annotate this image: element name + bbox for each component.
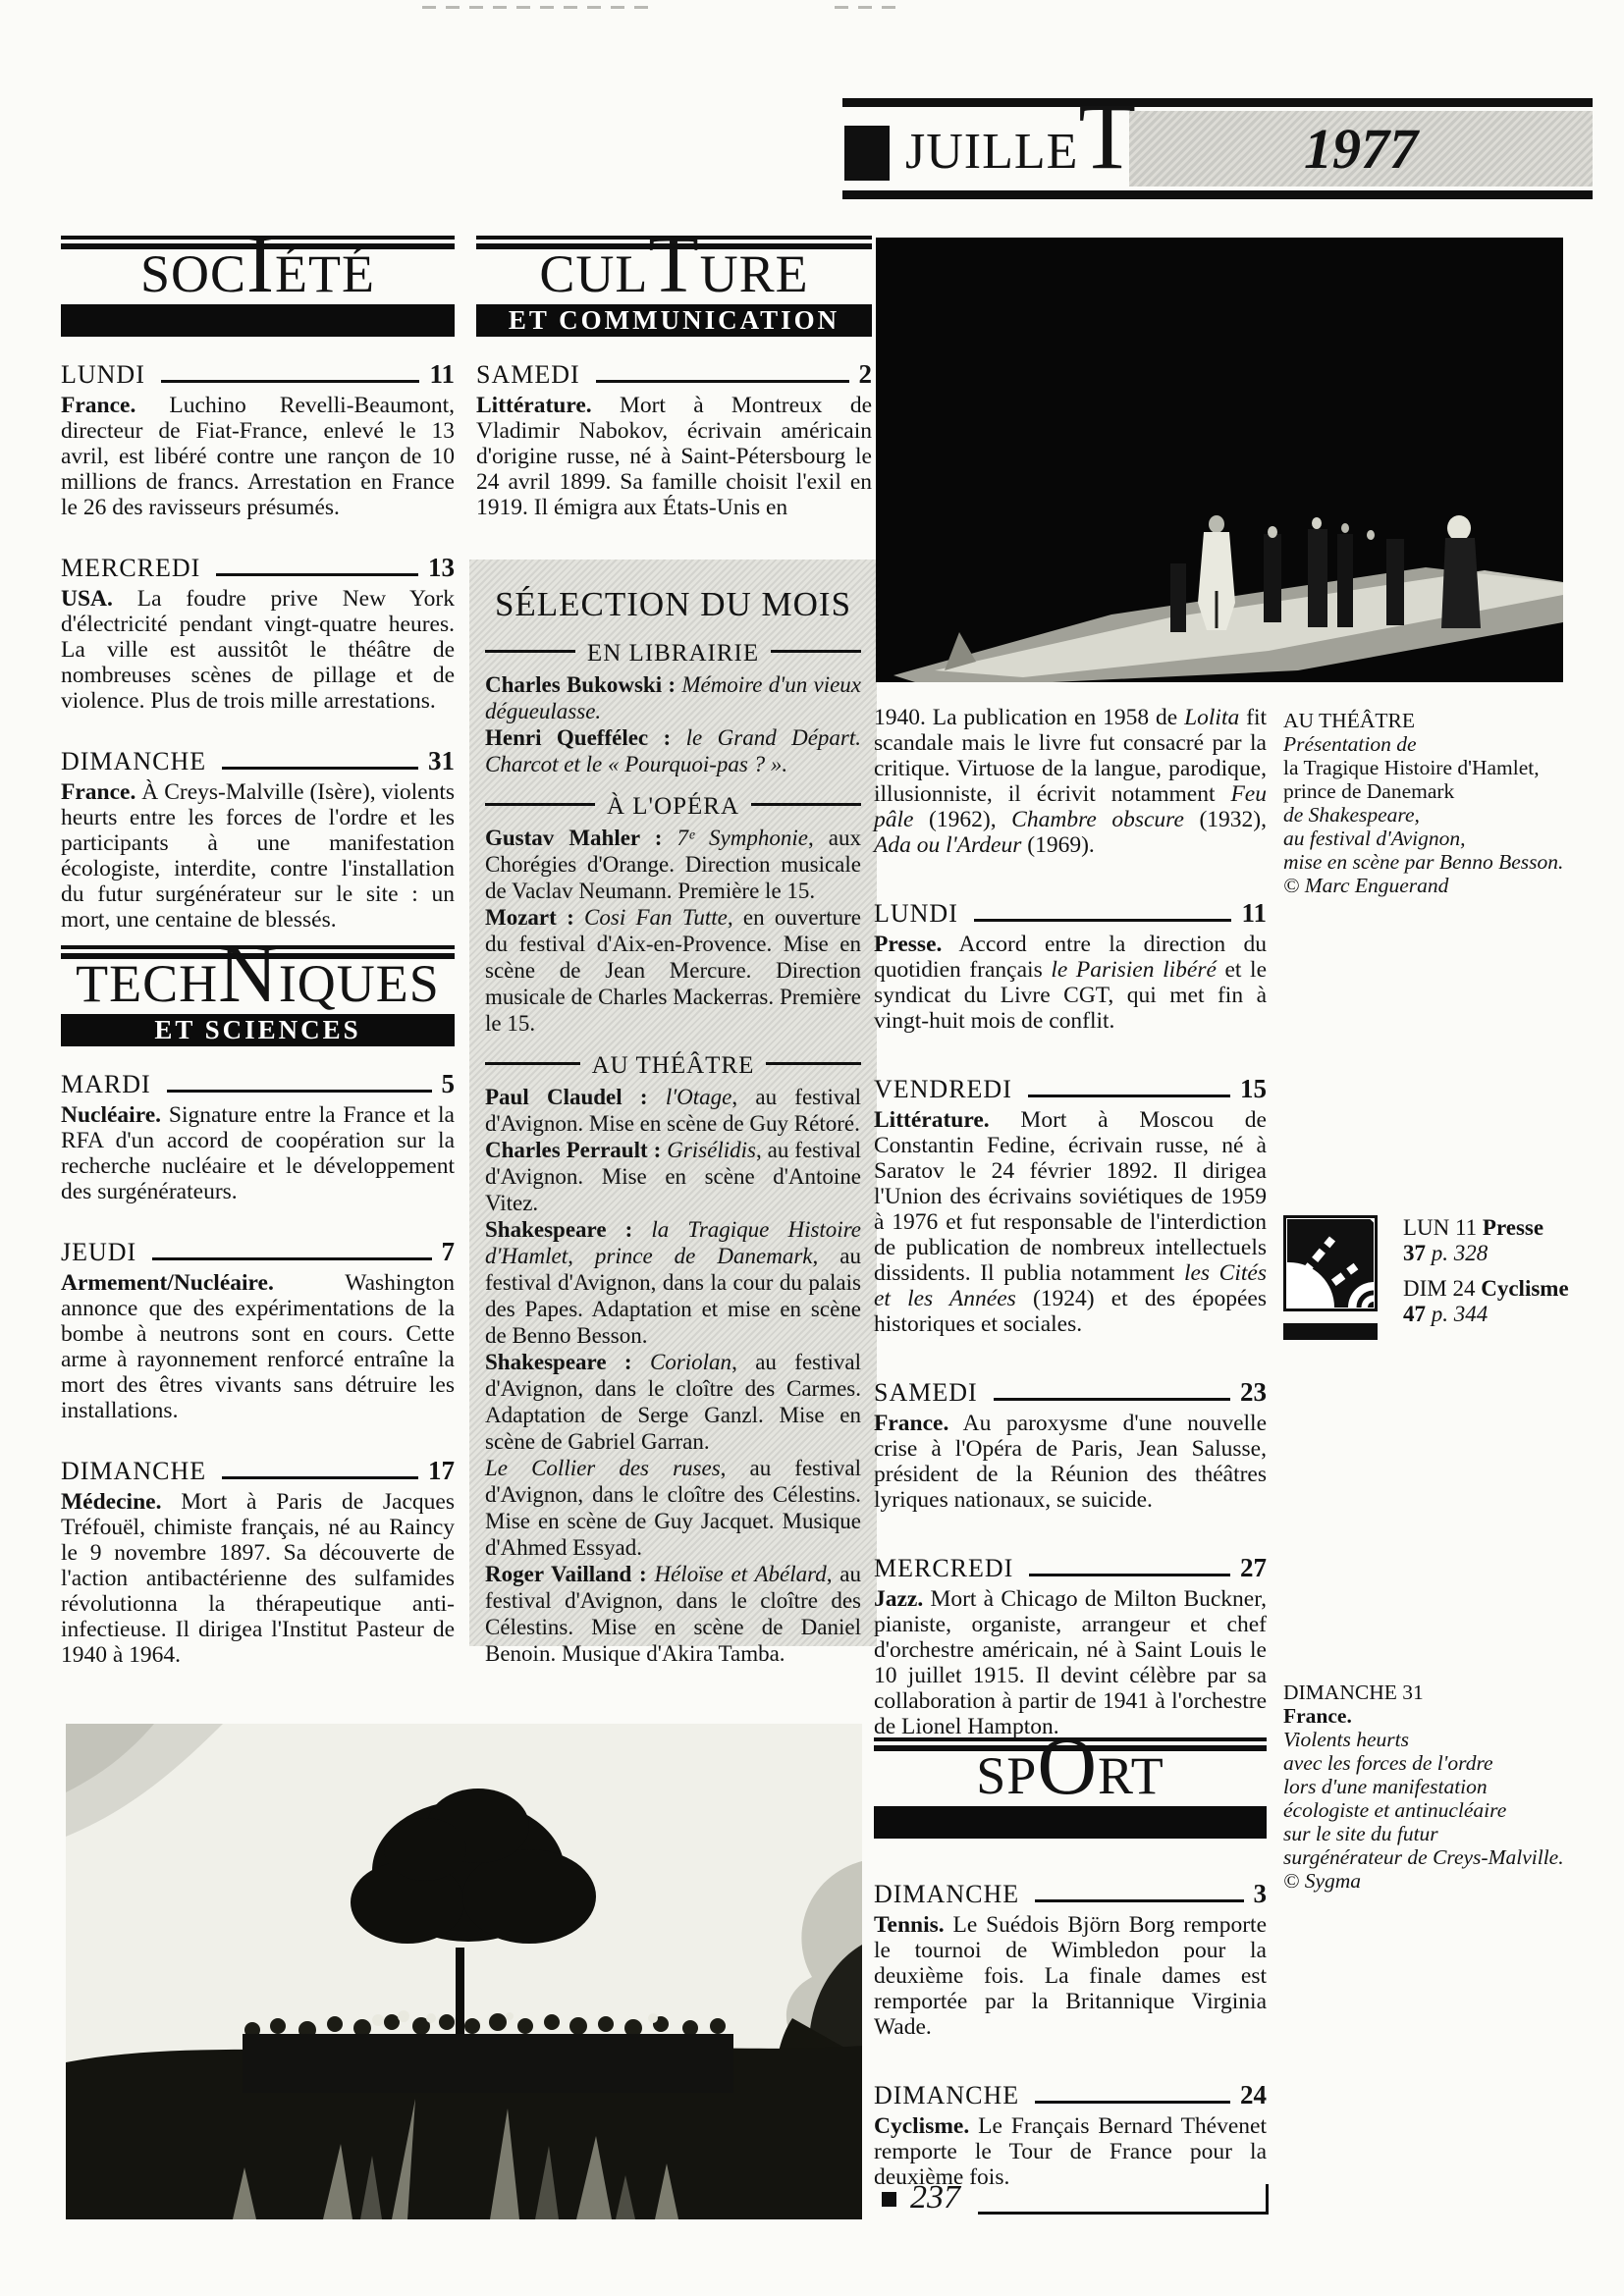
subheading-rule <box>485 1062 580 1065</box>
entry-day: VENDREDI <box>874 1076 1012 1103</box>
entry-day-header: DIMANCHE 17 <box>61 1457 455 1485</box>
entry-day: DIMANCHE <box>61 1458 206 1485</box>
subheading-rule <box>771 650 861 653</box>
entry-sport-dimanche-3: DIMANCHE 3 Tennis. Le Suédois Björn Borg… <box>874 1880 1267 2040</box>
entry-societe-dimanche-31: DIMANCHE 31 France. À Creys-Malville (Is… <box>61 747 455 933</box>
entry-day-header: JEUDI 7 <box>61 1238 455 1266</box>
selection-item: Paul Claudel : l'Otage, au festival d'Av… <box>485 1084 861 1137</box>
entry-day-number: 3 <box>1254 1880 1268 1907</box>
entry-culture-mercredi-27: MERCREDI 27 Jazz. Mort à Chicago de Milt… <box>874 1554 1267 1739</box>
heading-rule-thick <box>61 243 455 249</box>
entry-day: LUNDI <box>874 900 958 928</box>
entry-day: MERCREDI <box>61 555 200 582</box>
footer-square-bullet <box>882 2192 896 2207</box>
heading-rule-thin <box>476 236 872 240</box>
entry-body: Médecine. Mort à Paris de Jacques Tréfou… <box>61 1489 455 1668</box>
entry-body: France. À Creys-Malville (Isère), violen… <box>61 779 455 933</box>
entry-rule <box>152 1257 431 1260</box>
ref-item-presse: LUN 11 Presse 37 p. 328 <box>1403 1215 1593 1266</box>
month-title: JUILLET <box>905 124 1137 181</box>
subheading-rule <box>485 650 575 653</box>
theatre-photo-graphic <box>876 238 1563 682</box>
entry-rule <box>222 1476 418 1479</box>
selection-item: Roger Vailland : Héloïse et Abélard, au … <box>485 1561 861 1667</box>
entry-day-header: SAMEDI 23 <box>874 1378 1267 1407</box>
column-culture: CULTURE ET COMMUNICATION SAMEDI 2 Littér… <box>476 236 872 520</box>
selection-du-mois-box: SÉLECTION DU MOIS EN LIBRAIRIE Charles B… <box>469 560 877 1646</box>
selection-subheading-opera: À L'OPÉRA <box>485 793 861 821</box>
entry-day-number: 17 <box>428 1457 455 1484</box>
entry-body: Nucléaire. Signature entre la France et … <box>61 1102 455 1204</box>
photo-hamlet-avignon-stage <box>876 238 1563 682</box>
selection-item: Charles Bukowski : Mémoire d'un vieux dé… <box>485 671 861 724</box>
entry-day-header: MARDI 5 <box>61 1070 455 1098</box>
photo-caption-creys-malville: DIMANCHE 31France.Violents heurtsavec le… <box>1283 1681 1583 1893</box>
entry-societe-mercredi-13: MERCREDI 13 USA. La foudre prive New Yor… <box>61 554 455 714</box>
entry-day: JEUDI <box>61 1239 136 1266</box>
entry-body: Jazz. Mort à Chicago de Milton Buckner, … <box>874 1586 1267 1739</box>
year-text: 1977 <box>1304 116 1418 182</box>
month-title-text: JUILLE <box>905 124 1078 180</box>
entry-rule <box>167 1090 432 1093</box>
entry-rule <box>216 573 418 576</box>
header-rule-bottom <box>842 190 1593 199</box>
entry-day: LUNDI <box>61 361 145 389</box>
entry-day-number: 23 <box>1240 1378 1267 1406</box>
section-title-techniques: TECHNIQUES <box>61 959 455 1008</box>
entry-day-header: MERCREDI 13 <box>61 554 455 582</box>
entry-day-header: DIMANCHE 31 <box>61 747 455 775</box>
entry-culture-samedi-2: SAMEDI 2 Littérature. Mort à Montreux de… <box>476 360 872 520</box>
entry-techniques-jeudi-7: JEUDI 7 Armement/Nucléaire. Washington a… <box>61 1238 455 1423</box>
section-title-culture: CULTURE <box>476 249 872 298</box>
magazine-page: JUILLET 1977 SOCIÉTÉ LUNDI 11 France. Lu… <box>0 0 1624 2296</box>
column-societe: SOCIÉTÉ LUNDI 11 France. Luchino Revelli… <box>61 236 455 933</box>
entry-day-number: 11 <box>1241 899 1267 927</box>
section-heading-techniques: TECHNIQUES <box>61 945 455 1008</box>
entry-culture-samedi-23: SAMEDI 23 France. Au paroxysme d'une nou… <box>874 1378 1267 1513</box>
heading-rule-thin <box>61 236 455 240</box>
ref-icon-underline-bar <box>1283 1323 1378 1340</box>
page-header: JUILLET 1977 <box>842 98 1593 200</box>
entry-rule <box>974 919 1232 922</box>
selection-item: Mozart : Cosi Fan Tutte, en ouverture du… <box>485 904 861 1037</box>
entry-culture-vendredi-15: VENDREDI 15 Littérature. Mort à Moscou d… <box>874 1075 1267 1337</box>
entry-day: DIMANCHE <box>874 1881 1019 1908</box>
selection-item: Henri Queffélec : le Grand Départ. Charc… <box>485 724 861 777</box>
selection-subheading-theatre: AU THÉÂTRE <box>485 1052 861 1080</box>
subheading-rule <box>766 1062 861 1065</box>
entry-sport-dimanche-24: DIMANCHE 24 Cyclisme. Le Français Bernar… <box>874 2081 1267 2190</box>
heading-rule-thick <box>61 953 455 959</box>
entry-day: SAMEDI <box>476 361 580 389</box>
scan-artifact-dash <box>835 6 903 9</box>
section-heading-societe: SOCIÉTÉ <box>61 236 455 298</box>
entry-societe-lundi-11: LUNDI 11 France. Luchino Revelli-Beaumon… <box>61 360 455 520</box>
entry-body: Littérature. Mort à Moscou de Constantin… <box>874 1107 1267 1337</box>
scan-artifact-dash <box>422 6 658 9</box>
section-title-societe: SOCIÉTÉ <box>61 249 455 298</box>
entry-day-number: 24 <box>1240 2081 1267 2109</box>
photo-creys-malville-demonstration <box>66 1724 862 2219</box>
header-rule-top <box>842 98 1593 107</box>
entry-day: DIMANCHE <box>874 2082 1019 2109</box>
section-title-sport: SPORT <box>874 1751 1267 1800</box>
entry-day-header: MERCREDI 27 <box>874 1554 1267 1582</box>
entry-day-number: 7 <box>442 1238 456 1265</box>
heading-rule-thin <box>61 945 455 949</box>
entry-day-number: 2 <box>859 360 873 388</box>
entry-day-header: VENDREDI 15 <box>874 1075 1267 1103</box>
entry-body: Presse. Accord entre la direction du quo… <box>874 932 1267 1034</box>
entry-body: France. Au paroxysme d'une nouvelle cris… <box>874 1411 1267 1513</box>
section-heading-culture: CULTURE <box>476 236 872 298</box>
entry-rule <box>1028 1095 1230 1097</box>
ref-items: LUN 11 Presse 37 p. 328 DIM 24 Cyclisme … <box>1403 1215 1593 1327</box>
entry-day-number: 27 <box>1240 1554 1267 1581</box>
entry-day: DIMANCHE <box>61 748 206 775</box>
entry-day: MERCREDI <box>874 1555 1013 1582</box>
entry-rule <box>994 1398 1230 1401</box>
selection-item: Shakespeare : Coriolan, au festival d'Av… <box>485 1349 861 1455</box>
entry-day: MARDI <box>61 1071 151 1098</box>
header-square-bullet <box>844 126 890 181</box>
selection-item: Charles Perrault : Grisélidis, au festiv… <box>485 1137 861 1216</box>
entry-day-header: LUNDI 11 <box>874 899 1267 928</box>
entry-culture-lundi-11: LUNDI 11 Presse. Accord entre la directi… <box>874 899 1267 1034</box>
section-heading-sport: SPORT <box>874 1737 1267 1800</box>
section-sport: SPORT DIMANCHE 3 Tennis. Le Suédois Björ… <box>874 1737 1267 2190</box>
entry-techniques-dimanche-17: DIMANCHE 17 Médecine. Mort à Paris de Ja… <box>61 1457 455 1668</box>
selection-subheading-librairie: EN LIBRAIRIE <box>485 640 861 667</box>
entry-day: SAMEDI <box>874 1379 978 1407</box>
footer-rule <box>978 2184 1269 2215</box>
entry-day-header: LUNDI 11 <box>61 360 455 389</box>
culture-continuation-paragraph: 1940. La publication en 1958 de Lolita f… <box>874 705 1267 858</box>
cross-reference-block: LUN 11 Presse 37 p. 328 DIM 24 Cyclisme … <box>1283 1215 1593 1337</box>
entry-rule <box>596 380 849 383</box>
selection-title: SÉLECTION DU MOIS <box>485 585 861 624</box>
entry-body: France. Luchino Revelli-Beaumont, direct… <box>61 393 455 520</box>
heading-rule-thin <box>874 1737 1267 1741</box>
entry-day-number: 31 <box>428 747 455 774</box>
subheading-rule <box>485 803 595 806</box>
selection-item: Le Collier des ruses, au festival d'Avig… <box>485 1455 861 1561</box>
entry-day-number: 13 <box>428 554 455 581</box>
entry-rule <box>161 380 420 383</box>
page-footer: 237 <box>874 2181 1269 2215</box>
entry-body: Tennis. Le Suédois Björn Borg remporte l… <box>874 1912 1267 2040</box>
heading-rule-thick <box>874 1745 1267 1751</box>
entry-rule <box>1029 1574 1230 1576</box>
field-photo-graphic <box>66 1724 862 2219</box>
section-techniques: TECHNIQUES ET SCIENCES MARDI 5 Nucléaire… <box>61 945 455 1668</box>
entry-day-number: 15 <box>1240 1075 1267 1102</box>
entry-day-header: DIMANCHE 24 <box>874 2081 1267 2109</box>
entry-day-header: DIMANCHE 3 <box>874 1880 1267 1908</box>
heading-rule-thick <box>476 243 872 249</box>
selection-item: Shakespeare : la Tragique Histoire d'Ham… <box>485 1216 861 1349</box>
entry-day-number: 5 <box>442 1070 456 1097</box>
entry-day-number: 11 <box>429 360 455 388</box>
entry-rule <box>1035 1899 1243 1902</box>
entry-body: Littérature. Mort à Montreux de Vladimir… <box>476 393 872 520</box>
photo-caption-theatre: AU THÉÂTREPrésentation dela Tragique His… <box>1283 709 1583 897</box>
entry-body: USA. La foudre prive New York d'électric… <box>61 586 455 714</box>
entry-rule <box>1035 2101 1230 2104</box>
entry-body: Armement/Nucléaire. Washington annonce q… <box>61 1270 455 1423</box>
year-badge: 1977 <box>1129 111 1593 187</box>
subheading-rule <box>751 803 861 806</box>
column-culture-continuation: 1940. La publication en 1958 de Lolita f… <box>874 705 1267 1739</box>
selection-item: Gustav Mahler : 7ᵉ Symphonie, aux Chorég… <box>485 825 861 904</box>
entry-day-header: SAMEDI 2 <box>476 360 872 389</box>
entry-techniques-mardi-5: MARDI 5 Nucléaire. Signature entre la Fr… <box>61 1070 455 1204</box>
entry-rule <box>222 767 418 770</box>
page-number: 237 <box>910 2181 960 2215</box>
quarter-fan-calendar-icon <box>1283 1215 1378 1311</box>
ref-item-cyclisme: DIM 24 Cyclisme 47 p. 344 <box>1403 1276 1593 1327</box>
